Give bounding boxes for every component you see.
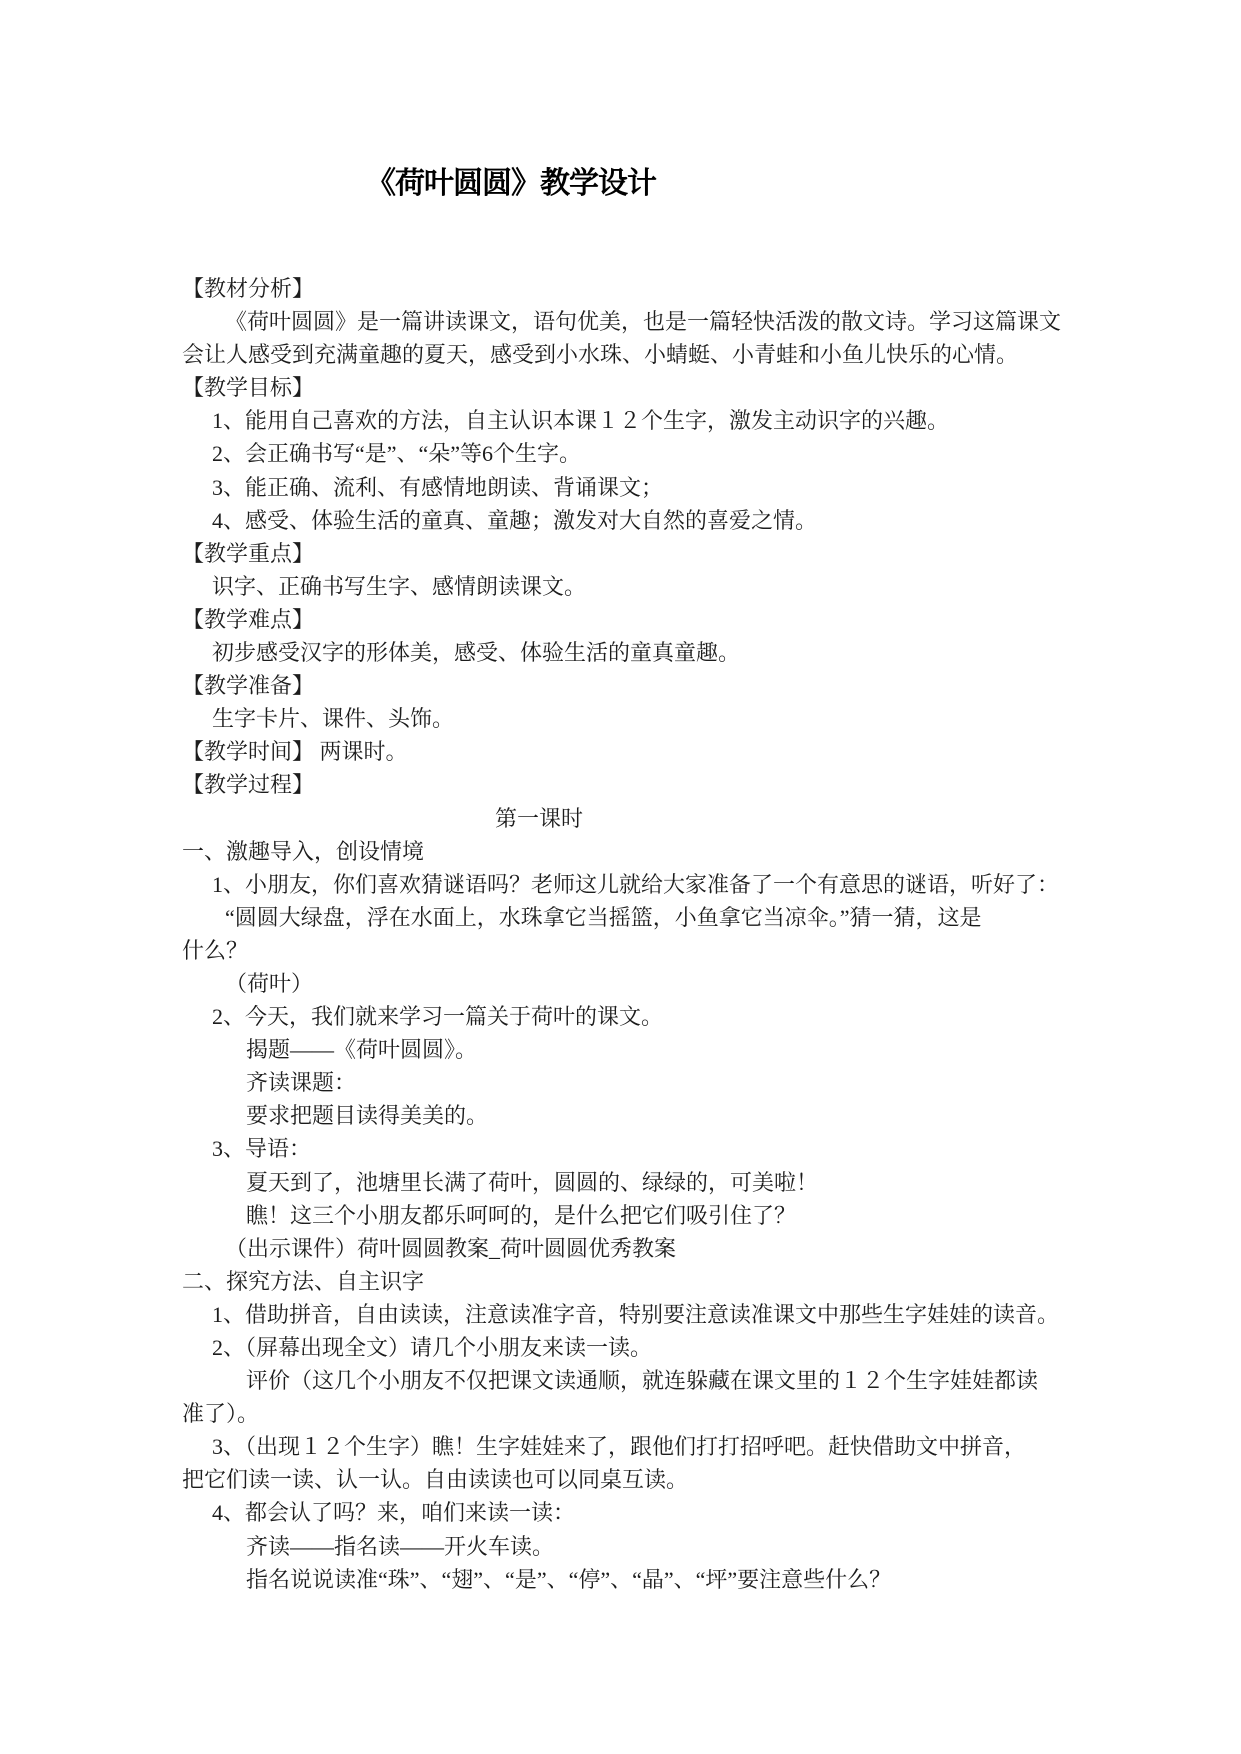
doc-line: 生字卡片、课件、头饰。 (182, 702, 1082, 735)
doc-line: （出示课件）荷叶圆圆教案_荷叶圆圆优秀教案 (182, 1232, 1082, 1265)
doc-line: 1、借助拼音，自由读读，注意读准字音，特别要注意读准课文中那些生字娃娃的读音。 (182, 1298, 1082, 1331)
doc-line: 齐读——指名读——开火车读。 (182, 1530, 1082, 1563)
doc-line: 揭题——《荷叶圆圆》。 (182, 1033, 1082, 1066)
doc-line: 【教学难点】 (182, 603, 1082, 636)
doc-line: 夏天到了，池塘里长满了荷叶，圆圆的、绿绿的，可美啦！ (182, 1166, 1082, 1199)
doc-line: 什么？ (182, 934, 1082, 967)
doc-line: 3、（出现１２个生字）瞧！生字娃娃来了，跟他们打打招呼吧。赶快借助文中拼音， (182, 1430, 1082, 1463)
doc-line: 要求把题目读得美美的。 (182, 1099, 1082, 1132)
doc-line: 第一课时 (182, 802, 1082, 835)
doc-line: 识字、正确书写生字、感情朗读课文。 (182, 570, 1082, 603)
doc-line: 【教材分析】 (182, 272, 1082, 305)
doc-line: 初步感受汉字的形体美，感受、体验生活的童真童趣。 (182, 636, 1082, 669)
doc-line: 2、会正确书写“是”、“朵”等6个生字。 (182, 437, 1082, 470)
doc-line: 4、感受、体验生活的童真、童趣；激发对大自然的喜爱之情。 (182, 504, 1082, 537)
doc-line: 2、今天，我们就来学习一篇关于荷叶的课文。 (182, 1000, 1082, 1033)
doc-line: 把它们读一读、认一认。自由读读也可以同桌互读。 (182, 1463, 1082, 1496)
doc-line: 准了）。 (182, 1397, 1082, 1430)
doc-line: 【教学准备】 (182, 669, 1082, 702)
doc-line: 指名说说读准“珠”、“翅”、“是”、“停”、“晶”、“坪”要注意些什么？ (182, 1563, 1082, 1596)
doc-line: “圆圆大绿盘，浮在水面上，水珠拿它当摇篮，小鱼拿它当凉伞。”猜一猜，这是 (182, 901, 1082, 934)
doc-line: 【教学过程】 (182, 768, 1082, 801)
doc-line: 【教学重点】 (182, 537, 1082, 570)
doc-line: 3、导语： (182, 1132, 1082, 1165)
doc-line: 【教学目标】 (182, 371, 1082, 404)
doc-line: 评价（这几个小朋友不仅把课文读通顺，就连躲藏在课文里的１２个生字娃娃都读 (182, 1364, 1082, 1397)
doc-line: 【教学时间】 两课时。 (182, 735, 1082, 768)
document-title: 《荷叶圆圆》教学设计 (366, 158, 656, 202)
doc-line: 瞧！这三个小朋友都乐呵呵的，是什么把它们吸引住了？ (182, 1199, 1082, 1232)
doc-line: 二、探究方法、自主识字 (182, 1265, 1082, 1298)
doc-line: 2、（屏幕出现全文）请几个小朋友来读一读。 (182, 1331, 1082, 1364)
doc-line: 4、都会认了吗？来，咱们来读一读： (182, 1496, 1082, 1529)
doc-line: 会让人感受到充满童趣的夏天，感受到小水珠、小蜻蜓、小青蛙和小鱼儿快乐的心情。 (182, 338, 1082, 371)
doc-line: 1、小朋友，你们喜欢猜谜语吗？老师这儿就给大家准备了一个有意思的谜语，听好了： (182, 868, 1082, 901)
doc-lines: 【教材分析】《荷叶圆圆》是一篇讲读课文，语句优美，也是一篇轻快活泼的散文诗。学习… (182, 272, 1082, 1596)
doc-line: 齐读课题： (182, 1066, 1082, 1099)
document-page: 《荷叶圆圆》教学设计 【教材分析】《荷叶圆圆》是一篇讲读课文，语句优美，也是一篇… (0, 0, 1241, 1754)
doc-line: （荷叶） (182, 967, 1082, 1000)
doc-line: 1、能用自己喜欢的方法，自主认识本课１２个生字，激发主动识字的兴趣。 (182, 404, 1082, 437)
doc-line: 3、能正确、流利、有感情地朗读、背诵课文； (182, 471, 1082, 504)
doc-line: 一、激趣导入，创设情境 (182, 835, 1082, 868)
doc-line: 《荷叶圆圆》是一篇讲读课文，语句优美，也是一篇轻快活泼的散文诗。学习这篇课文 (182, 305, 1082, 338)
